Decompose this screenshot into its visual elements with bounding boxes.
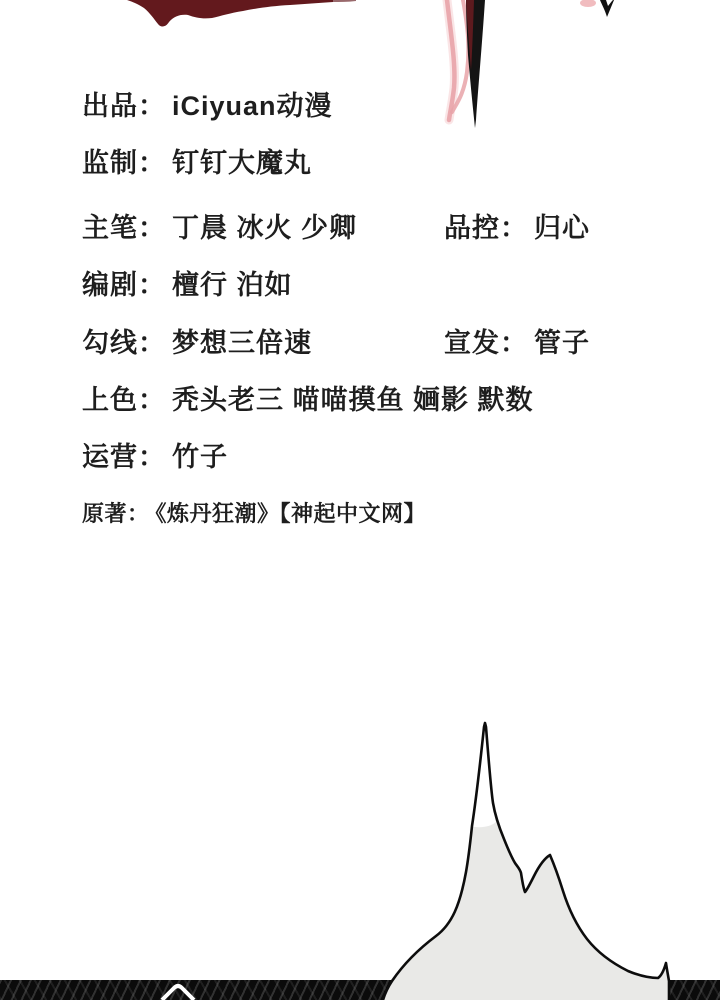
credit-label: 主笔	[82, 213, 138, 243]
credit-label: 勾线	[82, 328, 138, 358]
credit-label: 原著	[82, 501, 127, 526]
credit-label: 运营	[82, 442, 138, 472]
credit-value: 檀行 泊如	[172, 270, 293, 300]
credit-value: 竹子	[172, 442, 228, 472]
credit-line-operations: 运营：竹子	[82, 443, 702, 473]
credit-line-original-work: 原著：《炼丹狂潮》【神起中文网】	[82, 502, 702, 532]
credit-value: 丁晨 冰火 少卿	[172, 213, 357, 243]
credit-line-producer: 出品：iCiyuan动漫	[82, 92, 702, 122]
credit-line-artist: 主笔：丁晨 冰火 少卿 品控：归心	[82, 214, 702, 244]
credits-block: 出品：iCiyuan动漫 监制：钉钉大魔丸 主笔：丁晨 冰火 少卿 品控：归心 …	[0, 0, 720, 560]
mountain-artwork	[0, 700, 720, 1000]
credit-line-coloring: 上色：秃头老三 喵喵摸鱼 婳影 默数	[82, 386, 702, 416]
credit-label: 编剧	[82, 270, 138, 300]
credit-line-supervisor: 监制：钉钉大魔丸	[82, 149, 702, 179]
credit-label: 出品	[82, 91, 138, 121]
credit-value: 梦想三倍速	[172, 328, 312, 358]
credit-line-lineart: 勾线：梦想三倍速 宣发：管子	[82, 329, 702, 359]
credit-value: iCiyuan动漫	[172, 91, 333, 121]
credit-label: 监制	[82, 148, 138, 178]
credit-value: 钉钉大魔丸	[172, 148, 312, 178]
credit-label: 宣发	[444, 328, 500, 358]
credit-value: 管子	[534, 328, 590, 358]
credit-label: 上色	[82, 385, 138, 415]
credit-value: 《炼丹狂潮》【神起中文网】	[156, 501, 427, 526]
credit-line-publicity: 宣发：管子	[444, 329, 590, 357]
credit-line-writer: 编剧：檀行 泊如	[82, 271, 702, 301]
credit-value: 秃头老三 喵喵摸鱼 婳影 默数	[172, 385, 534, 415]
credit-label: 品控	[444, 213, 500, 243]
credit-value: 归心	[534, 213, 590, 243]
credit-line-quality-control: 品控：归心	[444, 214, 590, 242]
